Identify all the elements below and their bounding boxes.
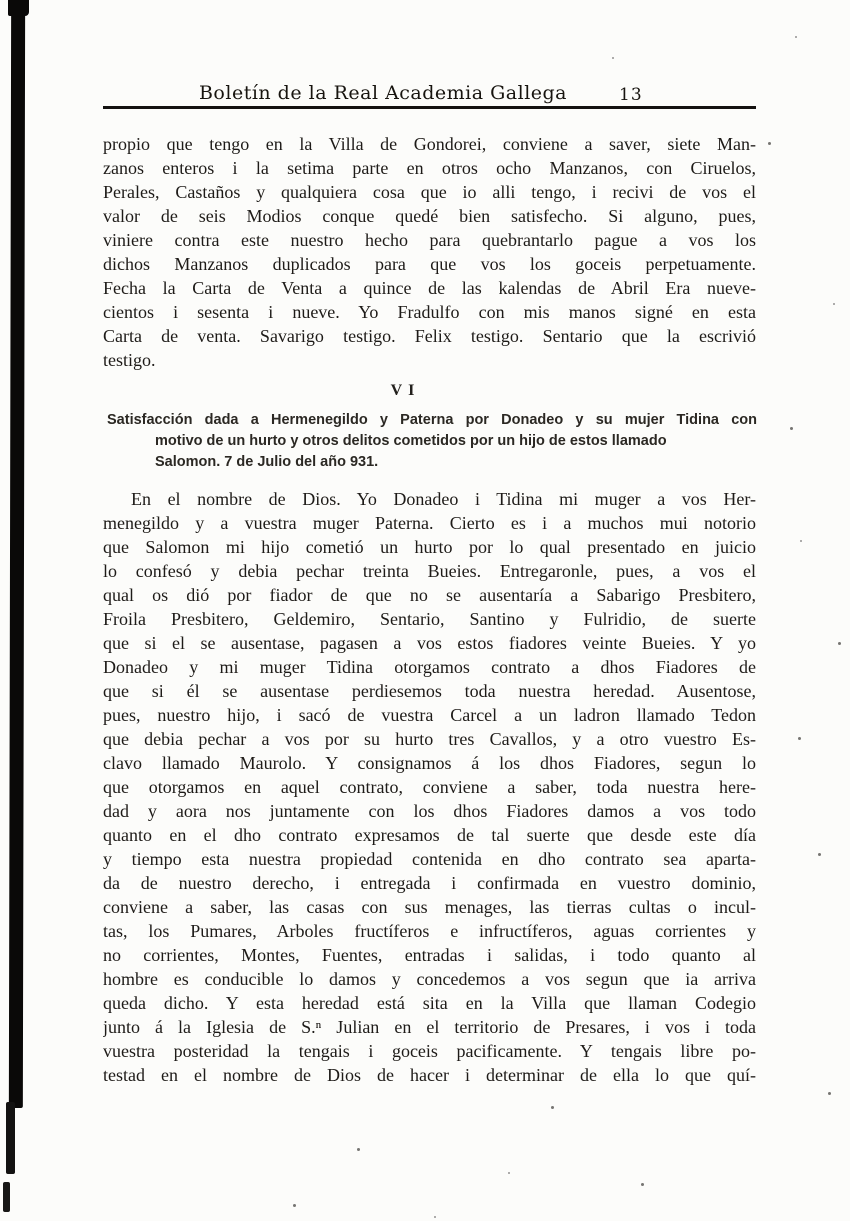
scan-speck [357,1148,360,1151]
text-line: Carta de venta. Savarigo testigo. Felix … [103,324,756,348]
section-heading-vi: VI [103,382,708,400]
text-line: testigo. [103,348,756,372]
text-line: hombre es conducible lo damos y concedem… [103,967,756,991]
scan-speck [800,540,802,542]
text-line: En el nombre de Dios. Yo Donadeo i Tidin… [103,487,756,511]
text-line: Froila Presbitero, Geldemiro, Sentario, … [103,607,756,631]
binding-shadow-bar [9,0,25,1108]
text-line: valor de seis Modios conque quedé bien s… [103,204,756,228]
scan-speck [434,1216,436,1218]
header-rule [103,106,756,109]
document-summary: Satisfacción dada a Hermenegildo y Pater… [107,410,757,473]
journal-title: Boletín de la Real Academia Gallega [103,82,663,104]
text-line: y tiempo esta nuestra propiedad contenid… [103,847,756,871]
text-line: Satisfacción dada a Hermenegildo y Pater… [107,410,757,431]
text-line: vuestra posteridad la tengais i goceis p… [103,1039,756,1063]
text-line: lo confesó y debia pechar treinta Bueies… [103,559,756,583]
text-line: menegildo y a vuestra muger Paterna. Cie… [103,511,756,535]
scan-speck [818,853,821,856]
scan-speck [293,1204,296,1207]
text-line: dichos Manzanos duplicados para que vos … [103,252,756,276]
paragraph-carta-de-venta: propio que tengo en la Villa de Gondorei… [103,132,756,372]
text-line: no corrientes, Montes, Fuentes, entradas… [103,943,756,967]
text-line: zanos enteros i la setima parte en otros… [103,156,756,180]
text-line: que Salomon mi hijo cometió un hurto por… [103,535,756,559]
text-line: dad y aora nos juntamente con los dhos F… [103,799,756,823]
text-line: cientos i sesenta i nueve. Yo Fradulfo c… [103,300,756,324]
scan-speck [838,642,841,645]
scanned-document-page: Boletín de la Real Academia Gallega 13 p… [0,0,850,1221]
paragraph-donadeo-document: En el nombre de Dios. Yo Donadeo i Tidin… [103,487,756,1087]
page-number: 13 [619,85,643,105]
text-line: Perales, Castaños y qualquiera cosa que … [103,180,756,204]
text-line: motivo de un hurto y otros delitos comet… [107,431,757,452]
text-line: testad en el nombre de Dios de hacer i d… [103,1063,756,1087]
text-line: quanto en el dho contrato expresamos de … [103,823,756,847]
scan-speck [795,36,797,38]
text-line: Donadeo y mi muger Tidina otorgamos cont… [103,655,756,679]
scan-speck [828,1092,831,1095]
text-line: que debia pechar a vos por su hurto tres… [103,727,756,751]
text-line: propio que tengo en la Villa de Gondorei… [103,132,756,156]
binding-shadow-fragment [3,1182,10,1212]
scan-speck [790,427,793,430]
text-line: viniere contra este nuestro hecho para q… [103,228,756,252]
text-line: queda dicho. Y esta heredad está sita en… [103,991,756,1015]
scan-speck [508,1172,510,1174]
scan-speck [833,303,835,305]
text-line: tas, los Pumares, Arboles fructíferos e … [103,919,756,943]
text-line: qual os dió por fiador de que no se ause… [103,583,756,607]
scan-speck [551,1106,554,1109]
text-line: clavo llamado Maurolo. Y consignamos á l… [103,751,756,775]
text-line: da de nuestro derecho, i entregada i con… [103,871,756,895]
text-line: que si él se ausentase perdiesemos toda … [103,679,756,703]
scan-speck [768,142,771,145]
text-line: junto á la Iglesia de S.ⁿ Julian en el t… [103,1015,756,1039]
text-line: que si el se ausentase, pagasen a vos es… [103,631,756,655]
text-line: Salomon. 7 de Julio del año 931. [107,452,757,473]
scan-speck [612,57,614,59]
text-line: conviene a saber, las casas con sus mena… [103,895,756,919]
binding-shadow-lower [6,1102,15,1174]
text-line: que otorgamos en aquel contrato, convien… [103,775,756,799]
text-line: pues, nuestro hijo, i sacó de vuestra Ca… [103,703,756,727]
binding-shadow-top [8,0,29,16]
scan-speck [641,1183,644,1186]
text-line: Fecha la Carta de Venta a quince de las … [103,276,756,300]
scan-speck [798,737,801,740]
